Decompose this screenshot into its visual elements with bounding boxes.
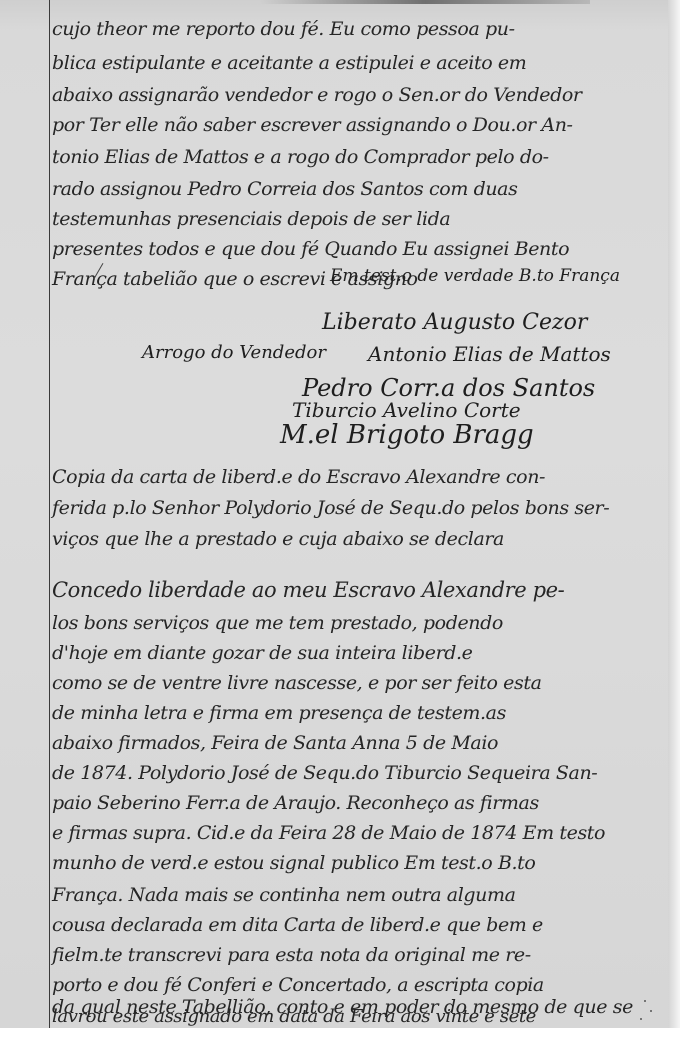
text-line: d'hoje em diante gozar de sua inteira li…: [52, 642, 473, 664]
text-line: de minha letra e firma em presença de te…: [52, 702, 506, 724]
text-line: testemunhas presenciais depois de ser li…: [52, 208, 450, 230]
text-line: los bons serviços que me tem prestado, p…: [52, 612, 503, 634]
manuscript-page: cujo theor me reporto dou fé. Eu como pe…: [0, 0, 680, 1028]
text-line: abaixo assignarão vendedor e rogo o Sen.…: [52, 84, 582, 106]
text-line: viços que lhe a prestado e cuja abaixo s…: [52, 528, 504, 550]
text-line: França. Nada mais se continha nem outra …: [52, 884, 516, 906]
text-line: cujo theor me reporto dou fé. Eu como pe…: [52, 18, 515, 40]
text-line: ferida p.lo Senhor Polydorio José de Seq…: [52, 497, 609, 519]
margin-rule: [49, 0, 50, 1028]
text-line: munho de verd.e estou signal publico Em …: [52, 852, 535, 874]
text-line: como se de ventre livre nascesse, e por …: [52, 672, 542, 694]
signature-tiburcio: Tiburcio Avelino Corte: [292, 398, 521, 422]
ink-speck: [650, 1010, 652, 1012]
text-line: fielm.te transcrevi para esta nota da or…: [52, 944, 531, 966]
text-line: e firmas supra. Cid.e da Feira 28 de Mai…: [52, 822, 605, 844]
text-line: porto e dou fé Conferi e Concertado, a e…: [52, 974, 544, 996]
text-line: de 1874. Polydorio José de Sequ.do Tibur…: [52, 762, 597, 784]
page-torn-edge: [668, 0, 680, 1028]
signature-antonio: Antonio Elias de Mattos: [368, 342, 611, 366]
text-line: blica estipulante e aceitante a estipule…: [52, 52, 526, 74]
text-line: presentes todos e que dou fé Quando Eu a…: [52, 238, 569, 260]
signature-manoel: M.el Brigoto Bragg: [280, 420, 534, 450]
ink-speck: [640, 1018, 642, 1020]
text-line: cousa declarada em dita Carta de liberd.…: [52, 914, 543, 936]
page-top-shadow: [260, 0, 590, 4]
text-line: abaixo firmados, Feira de Santa Anna 5 d…: [52, 732, 498, 754]
signature-liberato: Liberato Augusto Cezor: [322, 310, 587, 335]
text-line: por Ter elle não saber escrever assignan…: [52, 114, 573, 136]
text-line: rado assignou Pedro Correia dos Santos c…: [52, 178, 517, 200]
text-line: tonio Elias de Mattos e a rogo do Compra…: [52, 146, 549, 168]
text-line: paio Seberino Ferr.a de Araujo. Reconheç…: [52, 792, 539, 814]
signature-rogo-label: Arrogo do Vendedor: [142, 342, 326, 363]
text-line: lavrou este assignado em data da Feira a…: [52, 1006, 536, 1027]
notary-signature: Em test.o de verdade B.to França: [330, 266, 620, 286]
ink-speck: [644, 1000, 646, 1002]
text-line: Concedo liberdade ao meu Escravo Alexand…: [52, 578, 564, 602]
text-line: Copia da carta de liberd.e do Escravo Al…: [52, 466, 545, 488]
